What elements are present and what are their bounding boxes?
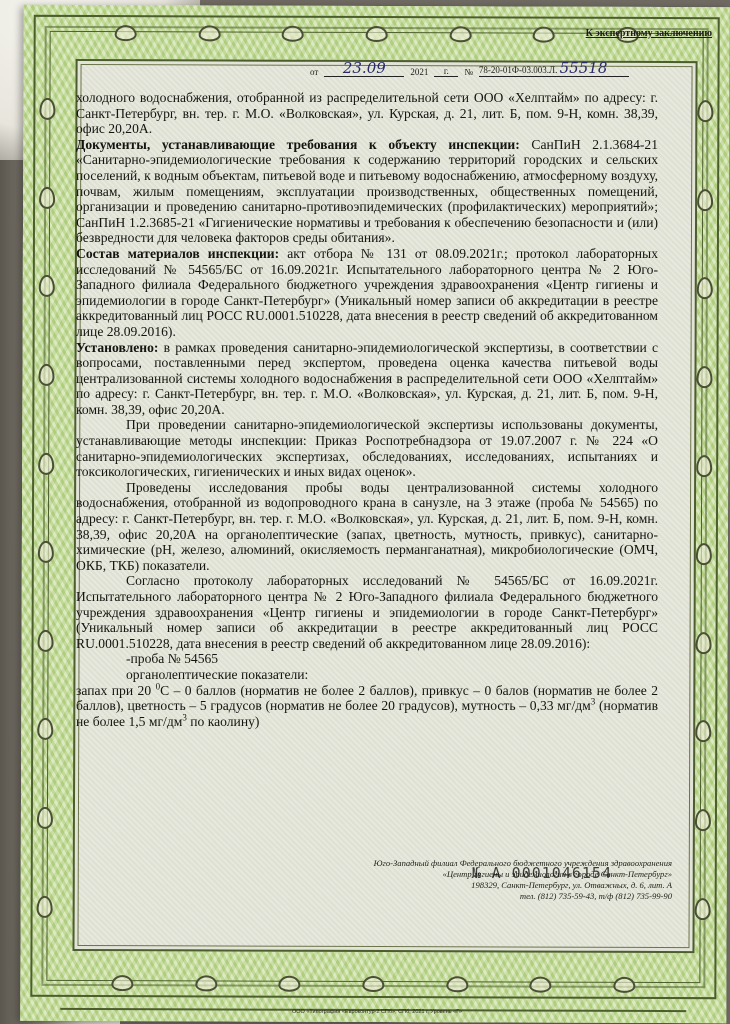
- celtic-knot-icon: [37, 807, 53, 829]
- ref-number-printed: 78-20-01Ф-03.003.Л.: [479, 65, 557, 75]
- materials-heading: Состав материалов инспекции:: [76, 246, 279, 261]
- ref-year: 2021: [410, 67, 428, 77]
- handwritten-number: 55518: [560, 59, 608, 77]
- left-knot-border: [34, 65, 57, 951]
- top-knot-border: [84, 23, 670, 45]
- ref-number-sign: №: [464, 67, 473, 77]
- celtic-knot-icon: [37, 718, 53, 740]
- paragraph-established: Установлено: в рамках проведения санитар…: [76, 340, 658, 418]
- celtic-knot-icon: [38, 630, 54, 652]
- celtic-knot-icon: [114, 25, 136, 41]
- celtic-knot-icon: [39, 187, 55, 209]
- bottom-knot-border: [80, 973, 666, 995]
- celtic-knot-icon: [38, 364, 54, 386]
- sample-label: -проба № 54565: [76, 651, 658, 667]
- celtic-knot-icon: [697, 100, 713, 122]
- requirements-heading: Документы, устанавливающие требования к …: [76, 137, 520, 152]
- celtic-knot-icon: [696, 455, 712, 477]
- ref-number-field: 78-20-01Ф-03.003.Л. 55518: [479, 61, 629, 77]
- paragraph-sample-source: холодного водоснабжения, отобранной из р…: [76, 90, 658, 137]
- celtic-knot-icon: [446, 976, 468, 992]
- celtic-knot-icon: [613, 977, 635, 993]
- results-text-1: запах при 20: [76, 683, 156, 698]
- celtic-knot-icon: [696, 366, 712, 388]
- celtic-knot-icon: [198, 25, 220, 41]
- celtic-knot-icon: [695, 898, 711, 920]
- celtic-knot-icon: [39, 98, 55, 120]
- reference-line: от 23.09 2021 г. № 78-20-01Ф-03.003.Л. 5…: [310, 61, 690, 77]
- celtic-knot-icon: [282, 26, 304, 42]
- celtic-knot-icon: [696, 543, 712, 565]
- printer-imprint: ООО «Типография «Евроконтур-2 СПб», СПб,…: [292, 1009, 462, 1015]
- celtic-knot-icon: [697, 189, 713, 211]
- paragraph-protocol: Согласно протоколу лабораторных исследов…: [76, 573, 658, 651]
- annex-label: К экспертному заключению: [586, 28, 712, 39]
- org-phone-line: тел. (812) 735-59-43, т/ф (812) 735-99-9…: [300, 891, 672, 902]
- results-text-4: по каолину): [187, 714, 260, 729]
- paragraph-studies: Проведены исследования пробы воды центра…: [76, 480, 658, 574]
- celtic-knot-icon: [366, 26, 388, 42]
- celtic-knot-icon: [449, 26, 471, 42]
- handwritten-date: 23.09: [343, 59, 386, 77]
- celtic-knot-icon: [39, 275, 55, 297]
- ref-year-suffix: г.: [434, 66, 458, 77]
- celtic-knot-icon: [697, 278, 713, 300]
- celtic-knot-icon: [38, 541, 54, 563]
- requirements-text: СанПиН 2.1.3684-21 «Санитарно-эпидемиоло…: [76, 137, 658, 246]
- celtic-knot-icon: [111, 975, 133, 991]
- celtic-knot-icon: [695, 721, 711, 743]
- celtic-knot-icon: [37, 895, 53, 917]
- celtic-knot-icon: [695, 809, 711, 831]
- organoleptic-label: органолептические показатели:: [76, 667, 658, 683]
- paragraph-materials: Состав материалов инспекции: акт отбора …: [76, 246, 658, 340]
- paragraph-results: запах при 20 0С – 0 баллов (норматив не …: [76, 683, 658, 730]
- results-text-2: С – 0 баллов (норматив не более 2 баллов…: [76, 683, 658, 714]
- established-text: в рамках проведения санитарно-эпидемиоло…: [76, 340, 658, 417]
- paragraph-requirements: Документы, устанавливающие требования к …: [76, 137, 658, 246]
- celtic-knot-icon: [38, 452, 54, 474]
- ref-date-field: 23.09: [324, 61, 404, 77]
- celtic-knot-icon: [533, 27, 555, 43]
- celtic-knot-icon: [195, 975, 217, 991]
- ref-from-label: от: [310, 67, 318, 77]
- celtic-knot-icon: [279, 976, 301, 992]
- established-heading: Установлено:: [76, 340, 158, 355]
- celtic-knot-icon: [696, 632, 712, 654]
- celtic-knot-icon: [362, 976, 384, 992]
- paragraph-methods: При проведении санитарно-эпидемиологичес…: [76, 417, 658, 479]
- organization-stamp: Юго-Западный филиал Федерального бюджетн…: [300, 858, 672, 902]
- form-serial-number: № А 0001046154: [472, 868, 612, 879]
- celtic-knot-icon: [530, 977, 552, 993]
- document-body: холодного водоснабжения, отобранной из р…: [76, 90, 658, 729]
